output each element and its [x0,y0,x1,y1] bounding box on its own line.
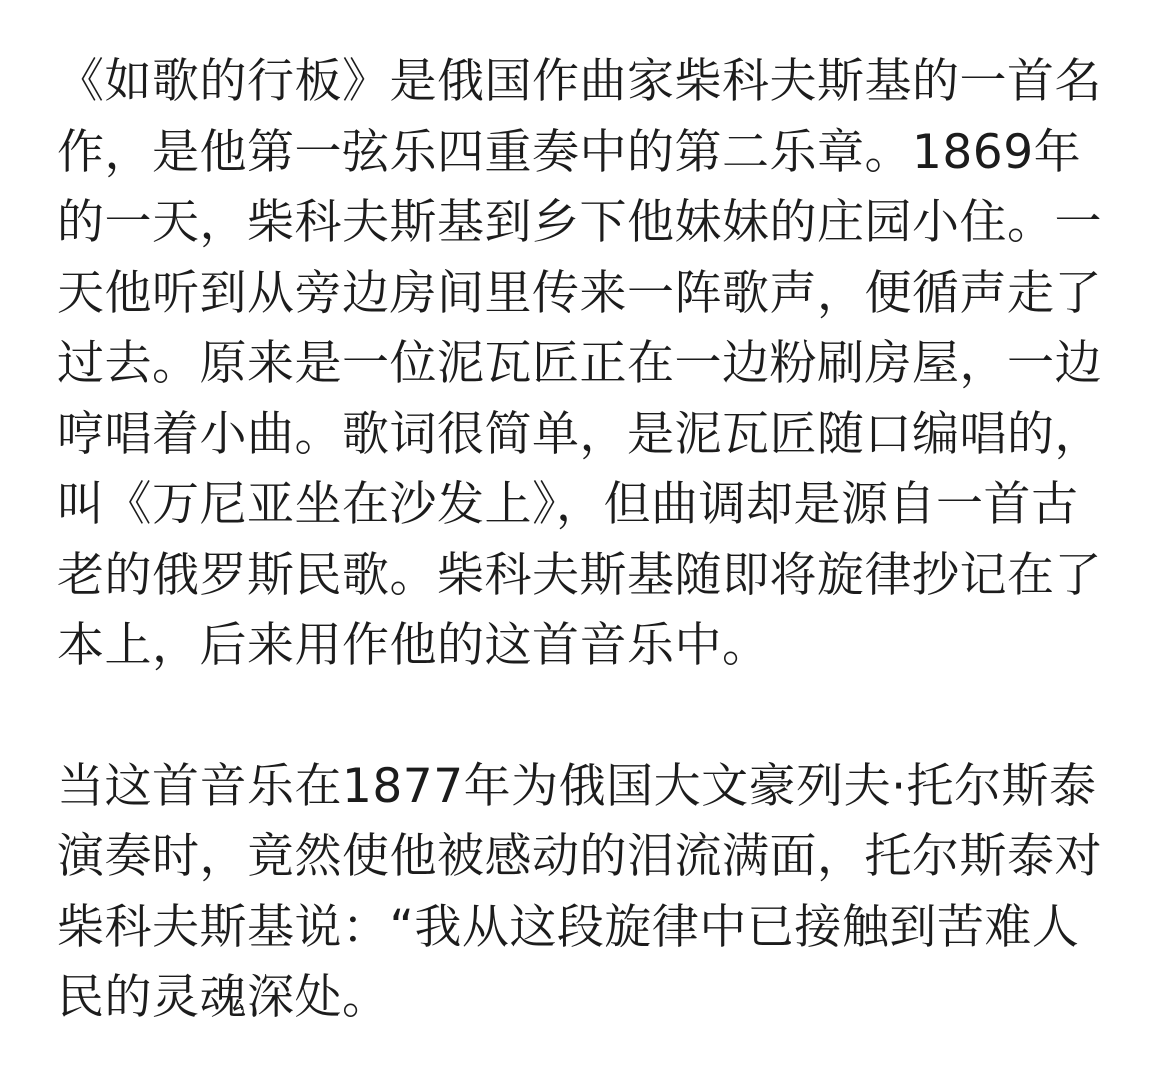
text-line: 民的灵魂深处。 [57,963,1127,1034]
text-line: 本上，后来用作他的这首音乐中。 [57,611,1127,682]
text-line: 当这首音乐在1877年为俄国大文豪列夫·托尔斯泰 [57,752,1127,823]
text-line: 作，是他第一弦乐四重奏中的第二乐章。1869年 [57,118,1127,189]
text-line: 演奏时，竟然使他被感动的泪流满面，托尔斯泰对 [57,822,1127,893]
text-line: 老的俄罗斯民歌。柴科夫斯基随即将旋律抄记在了 [57,541,1127,612]
text-line: 叫《万尼亚坐在沙发上》，但曲调却是源自一首古 [57,470,1127,541]
text-line: 天他听到从旁边房间里传来一阵歌声，便循声走了 [57,259,1127,330]
paragraph-1: 《如歌的行板》是俄国作曲家柴科夫斯基的一首名 作，是他第一弦乐四重奏中的第二乐章… [57,47,1127,682]
text-line: 的一天，柴科夫斯基到乡下他妹妹的庄园小住。一 [57,188,1127,259]
text-line: 柴科夫斯基说：“我从这段旋律中已接触到苦难人 [57,893,1127,964]
paragraph-2: 当这首音乐在1877年为俄国大文豪列夫·托尔斯泰 演奏时，竟然使他被感动的泪流满… [57,752,1127,1034]
paragraph-spacer [57,682,1127,752]
document-body: 《如歌的行板》是俄国作曲家柴科夫斯基的一首名 作，是他第一弦乐四重奏中的第二乐章… [57,47,1127,1034]
text-line: 哼唱着小曲。歌词很简单，是泥瓦匠随口编唱的， [57,400,1127,471]
text-line: 《如歌的行板》是俄国作曲家柴科夫斯基的一首名 [57,47,1127,118]
text-line: 过去。原来是一位泥瓦匠正在一边粉刷房屋，一边 [57,329,1127,400]
